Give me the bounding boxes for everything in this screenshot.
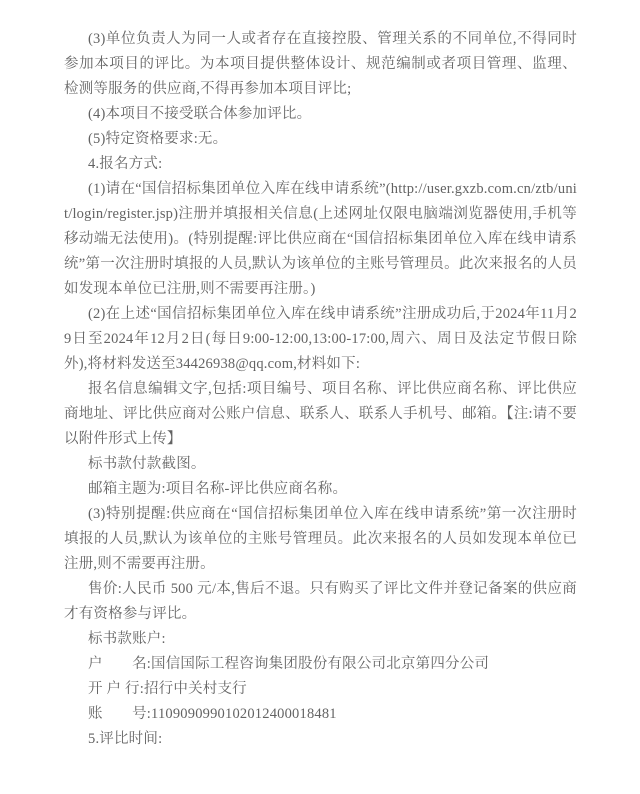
clause-5-specific-qualification: (5)特定资格要求:无。: [64, 127, 577, 152]
price-note: 售价:人民币 500 元/本,售后不退。只有购买了评比文件并登记备案的供应商才有…: [64, 577, 577, 627]
registration-step-2: (2)在上述“国信招标集团单位入库在线申请系统”注册成功后,于2024年11月2…: [64, 302, 577, 377]
account-name-line: 户 名:国信国际工程咨询集团股份有限公司北京第四分公司: [64, 652, 577, 677]
section-5-evaluation-time-heading: 5.评比时间:: [64, 727, 577, 752]
clause-4-no-consortium: (4)本项目不接受联合体参加评比。: [64, 102, 577, 127]
payment-screenshot-item: 标书款付款截图。: [64, 452, 577, 477]
registration-step-1: (1)请在“国信招标集团单位入库在线申请系统”(http://user.gxzb…: [64, 177, 577, 302]
registration-info-text: 报名信息编辑文字,包括:项目编号、项目名称、评比供应商名称、评比供应商地址、评比…: [64, 377, 577, 452]
email-subject-rule: 邮箱主题为:项目名称-评比供应商名称。: [64, 477, 577, 502]
tender-fee-account-heading: 标书款账户:: [64, 627, 577, 652]
account-number-line: 账 号:1109090990102012400018481: [64, 702, 577, 727]
section-4-registration-method-heading: 4.报名方式:: [64, 152, 577, 177]
account-bank-line: 开 户 行:招行中关村支行: [64, 677, 577, 702]
clause-3-same-responsible-person: (3)单位负责人为同一人或者存在直接控股、管理关系的不同单位,不得同时参加本项目…: [64, 27, 577, 102]
special-reminder-clause-3: (3)特别提醒:供应商在“国信招标集团单位入库在线申请系统”第一次注册时填报的人…: [64, 502, 577, 577]
document-page: (3)单位负责人为同一人或者存在直接控股、管理关系的不同单位,不得同时参加本项目…: [0, 0, 640, 794]
